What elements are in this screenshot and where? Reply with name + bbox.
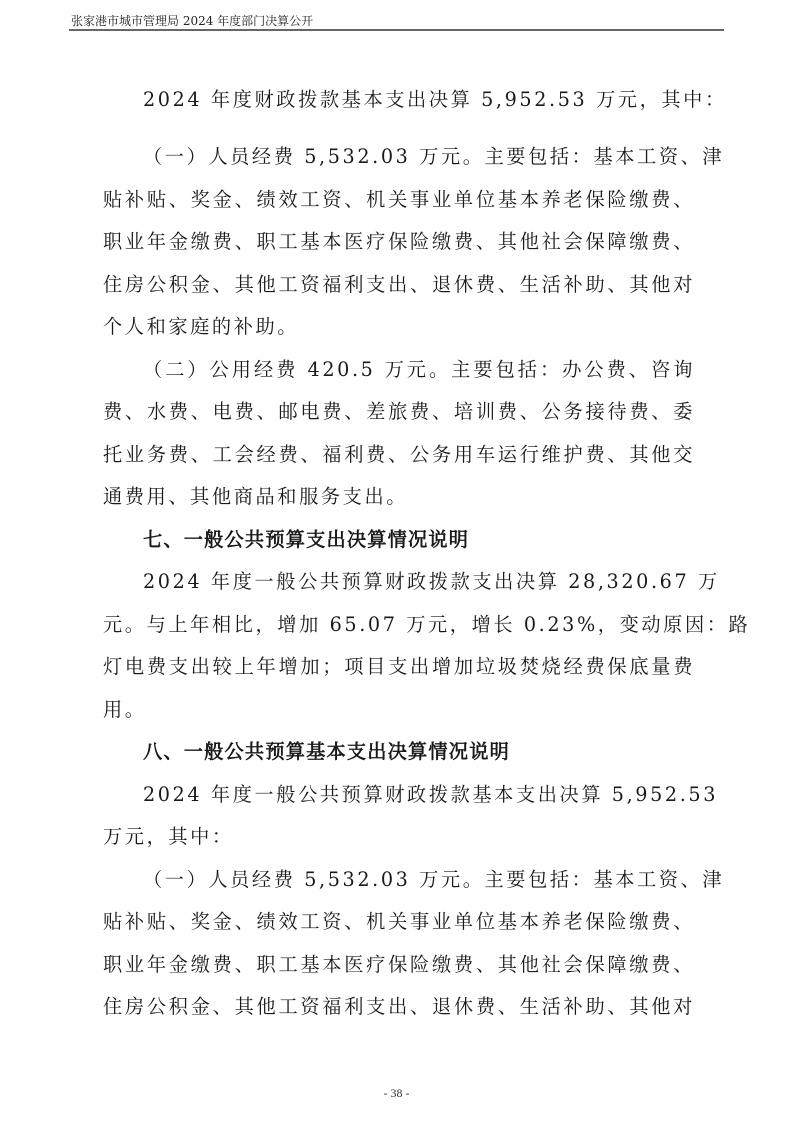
paragraph-line: 万元，其中： [103, 823, 695, 851]
paragraph-line: 托业务费、工会经费、福利费、公务用车运行维护费、其他交 [103, 441, 695, 469]
paragraph-line: 元。与上年相比，增加 65.07 万元，增长 0.23%，变动原因：路 [103, 611, 695, 639]
paragraph-line: 2024 年度一般公共预算财政拨款支出决算 28,320.67 万 [143, 568, 695, 596]
paragraph-line: 个人和家庭的补助。 [103, 313, 695, 341]
paragraph-line: 灯电费支出较上年增加；项目支出增加垃圾焚烧经费保底量费 [103, 653, 695, 681]
document-title: 张家港市城市管理局 2024 年度部门决算公开 [71, 12, 313, 29]
paragraph-line: 2024 年度一般公共预算财政拨款基本支出决算 5,952.53 [143, 781, 695, 809]
paragraph-basic-expenditure-intro: 2024 年度财政拨款基本支出决算 5,952.53 万元，其中： [143, 86, 695, 114]
page-header: 张家港市城市管理局 2024 年度部门决算公开 [69, 8, 724, 30]
paragraph-line: 贴补贴、奖金、绩效工资、机关事业单位基本养老保险缴费、 [103, 908, 695, 936]
paragraph-line: 职业年金缴费、职工基本医疗保险缴费、其他社会保障缴费、 [103, 951, 695, 979]
paragraph-line: 用。 [103, 696, 695, 724]
paragraph-line: （二）公用经费 420.5 万元。主要包括：办公费、咨询 [143, 356, 695, 384]
paragraph-line: （一）人员经费 5,532.03 万元。主要包括：基本工资、津 [143, 866, 695, 894]
paragraph-line: （一）人员经费 5,532.03 万元。主要包括：基本工资、津 [143, 143, 695, 171]
section-heading-7: 七、一般公共预算支出决算情况说明 [143, 526, 695, 554]
paragraph-line: 费、水费、电费、邮电费、差旅费、培训费、公务接待费、委 [103, 398, 695, 426]
paragraph-line: 住房公积金、其他工资福利支出、退休费、生活补助、其他对 [103, 993, 695, 1021]
paragraph-line: 贴补贴、奖金、绩效工资、机关事业单位基本养老保险缴费、 [103, 186, 695, 214]
header-divider [69, 29, 724, 31]
paragraph-line: 住房公积金、其他工资福利支出、退休费、生活补助、其他对 [103, 271, 695, 299]
page-number: - 38 - [0, 1086, 793, 1101]
paragraph-line: 职业年金缴费、职工基本医疗保险缴费、其他社会保障缴费、 [103, 228, 695, 256]
section-heading-8: 八、一般公共预算基本支出决算情况说明 [143, 738, 695, 766]
paragraph-line: 通费用、其他商品和服务支出。 [103, 483, 695, 511]
